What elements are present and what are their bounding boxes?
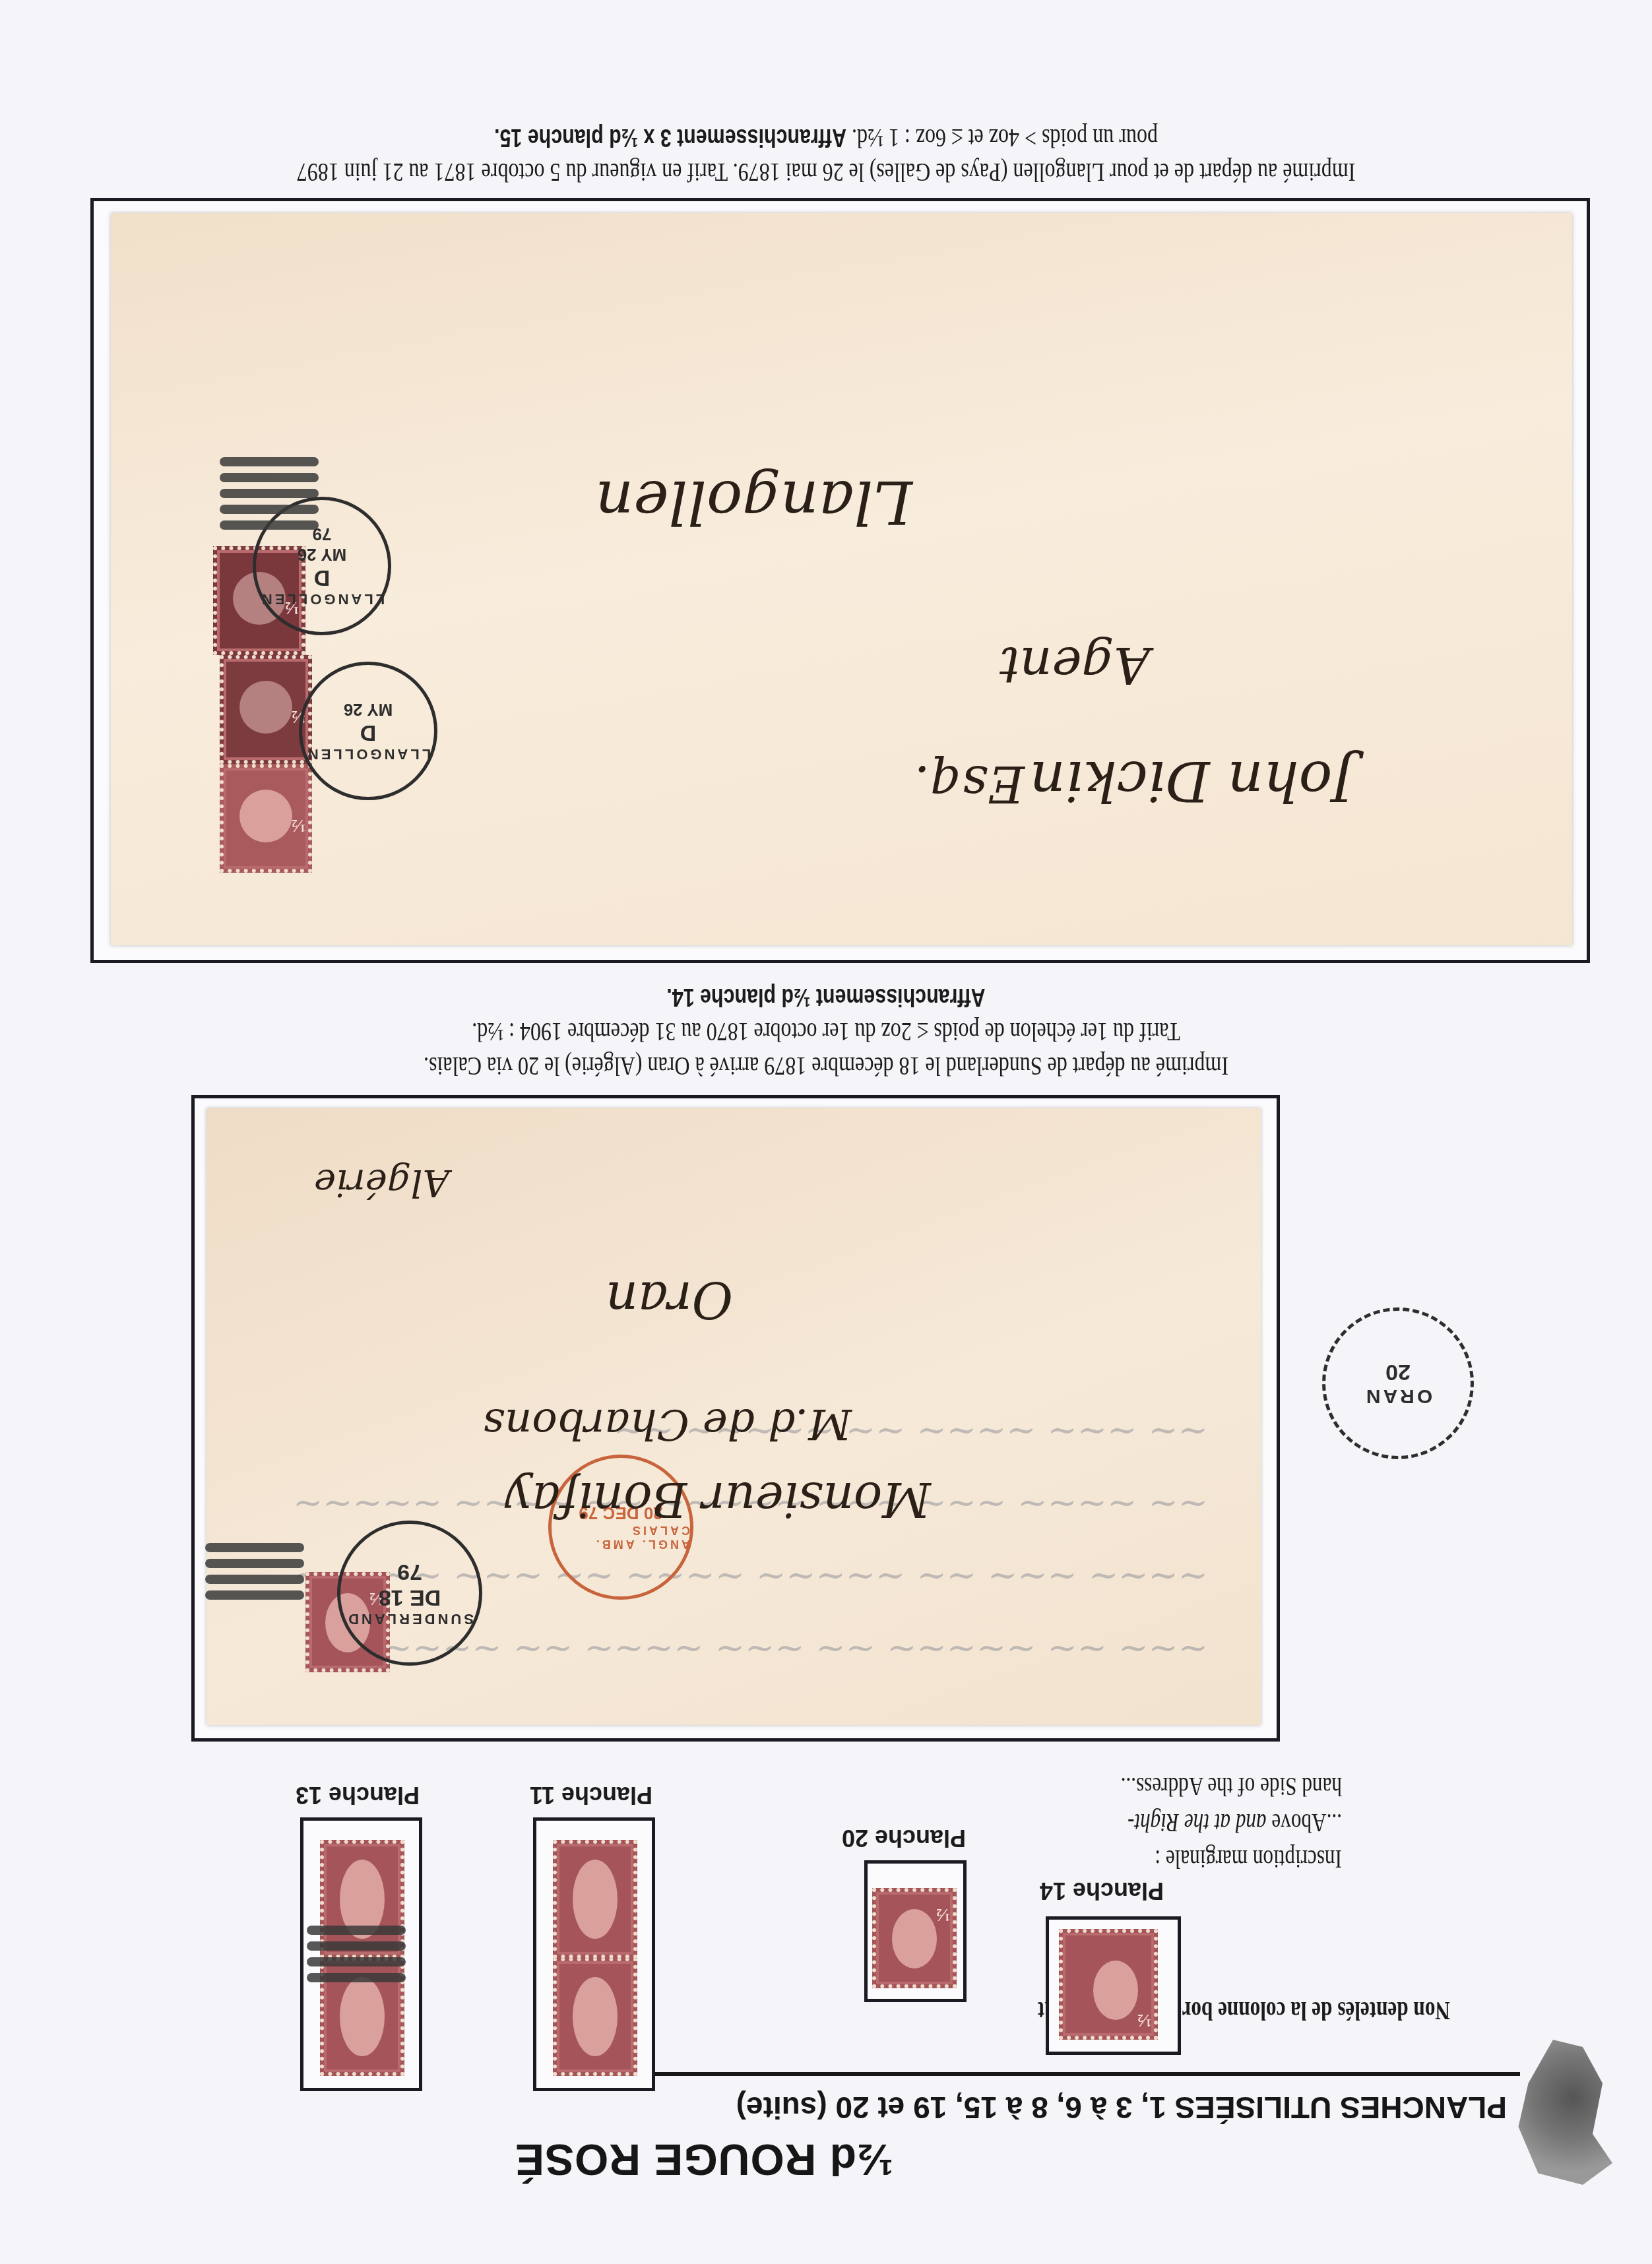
stamp-planche-11-top	[553, 1957, 637, 2076]
label-planche-11: Planche 11	[530, 1781, 652, 1809]
address-line-3: Oran	[606, 1271, 733, 1329]
stamp-planche-20: ½	[872, 1888, 957, 1988]
stamp-frame-planche-13	[300, 1817, 422, 2091]
address-line-1: John Dickin	[1030, 749, 1354, 813]
marginal-line-2: hand Side of the Address...	[1121, 1771, 1342, 1802]
numeral-cancel	[307, 1919, 406, 1989]
address-line-4: Llangollen	[595, 467, 912, 536]
stamp-frame-planche-11	[533, 1817, 655, 2091]
label-planche-14: Planche 14	[1040, 1877, 1164, 1904]
address-line-2: M.d de Charbons	[483, 1399, 852, 1448]
cover-llangollen: ½ ½ ½ LLANGOLLEN D MY 26 LLANGOLLEN D MY…	[111, 213, 1572, 945]
cover-frame-sunderland: ~~~ ~~ ~~~~~ ~~ ~~~ ~~~~ ~~ ~~~~~ ~~~~ ~…	[191, 1095, 1280, 1742]
caption-sunderland: Imprimé au départ de Sunderland le 18 dé…	[298, 980, 1354, 1083]
address-line-1: Monsieur Bonifay	[505, 1472, 931, 1527]
caption-llangollen-line-2: pour un poids > 4oz et ≤ 6oz : 1 ½d. Aff…	[245, 120, 1407, 155]
caption-llangollen-line-1: Imprimé au départ de et pour Llangollen …	[245, 155, 1407, 189]
label-planche-20: Planche 20	[842, 1824, 966, 1852]
stamp-llangollen-1: ½	[220, 764, 312, 873]
duplex-bars	[220, 451, 319, 536]
duplex-bars	[205, 1536, 304, 1606]
address-line-3: Agent	[1000, 636, 1150, 695]
postmark-sunderland: SUNDERLAND DE 18 79	[337, 1521, 482, 1666]
postmark-oran: ORAN 20	[1322, 1307, 1474, 1459]
caption-sunderland-line-1: Imprimé au départ de Sunderland le 18 dé…	[298, 1049, 1354, 1083]
caption-sunderland-line-3: Affranchissement ½d planche 14.	[298, 980, 1354, 1015]
caption-llangollen: Imprimé au départ de et pour Llangollen …	[245, 120, 1407, 189]
label-planche-13: Planche 13	[296, 1781, 420, 1809]
address-line-2: Esq.	[914, 755, 1025, 813]
title-underline	[610, 2072, 1520, 2076]
stamp-planche-11-bottom	[553, 1840, 637, 1959]
page-title: ½d ROUGE ROSÉ	[515, 2135, 893, 2185]
page-subtitle: PLANCHES UTILISÉES 1, 3 à 6, 8 à 15, 19 …	[736, 2090, 1507, 2125]
stamp-emblem-icon	[1513, 2040, 1612, 2185]
address-line-4: Algérie	[314, 1161, 449, 1204]
stamp-frame-planche-14: ½	[1046, 1916, 1181, 2055]
postmark-llangollen-1: LLANGOLLEN D MY 26	[299, 662, 437, 800]
marginal-line-1: ...Above and at the Right-	[1128, 1808, 1342, 1839]
cover-sunderland: ~~~ ~~ ~~~~~ ~~ ~~~ ~~~~ ~~ ~~~~~ ~~~~ ~…	[206, 1108, 1261, 1725]
cover-frame-llangollen: ½ ½ ½ LLANGOLLEN D MY 26 LLANGOLLEN D MY…	[90, 198, 1590, 963]
caption-sunderland-line-2: Tarif du 1er échelon de poids ≤ 2oz du 1…	[298, 1015, 1354, 1049]
album-page: ½d ROUGE ROSÉ PLANCHES UTILISÉES 1, 3 à …	[0, 0, 1652, 2264]
stamp-frame-planche-20: ½	[864, 1860, 967, 2002]
stamp-planche-14: ½	[1059, 1929, 1158, 2040]
stamp-llangollen-2: ½	[220, 655, 312, 764]
marginal-heading: Inscription marginale :	[1155, 1844, 1342, 1875]
